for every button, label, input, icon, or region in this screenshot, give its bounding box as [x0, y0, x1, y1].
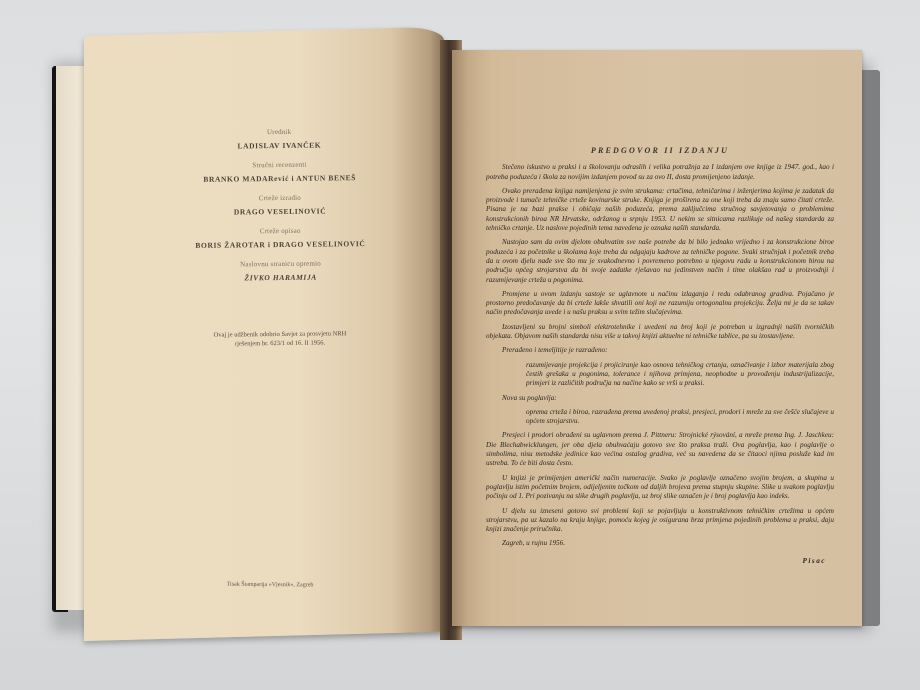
signature: Pisac — [486, 557, 826, 566]
new-chapters-text: oprema crteža i biroa, razrađena prema u… — [526, 408, 834, 427]
credit-role: Urednik — [149, 127, 409, 138]
new-chapters-label: Nova su poglavlja: — [502, 394, 834, 403]
paragraph: Nastojao sam da ovim djelom obuhvatim sv… — [486, 238, 834, 284]
paragraph: U knjizi je primijenjen američki način n… — [486, 474, 834, 502]
reworked-text: razumijevanje projekcija i projiciranje … — [526, 361, 834, 389]
credit-editor: Urednik LADISLAV IVANČEK — [149, 127, 409, 152]
preface-title: PREDGOVOR II IZDANJU — [486, 146, 834, 155]
credit-role: Naslovnu stranicu opremio — [151, 259, 411, 270]
credit-name: LADISLAV IVANČEK — [149, 140, 409, 152]
approval-note: Ovaj je udžbenik odobrio Savjet za prosv… — [170, 329, 390, 349]
credit-role: Crteže izradio — [150, 193, 410, 204]
printer-imprint: Tisak Štamparija »Vjesnik«, Zagreb — [205, 581, 335, 588]
credit-cover: Naslovnu stranicu opremio ŽIVKO HARAMIJA — [151, 259, 411, 284]
credits-block: Urednik LADISLAV IVANČEK Stručni recenze… — [149, 127, 411, 295]
credit-role: Crteže opisao — [150, 226, 410, 237]
place-date: Zagreb, u rujnu 1956. — [502, 539, 834, 548]
paragraph: U djelu su izneseni gotovo svi problemi … — [486, 507, 834, 535]
paragraph: Izostavljeni su brojni simboli elektrote… — [486, 323, 834, 342]
credit-role: Stručni recenzenti — [149, 160, 409, 171]
credit-name: DRAGO VESELINOVIĆ — [150, 206, 410, 218]
paragraph: Promjene u ovom izdanju sastoje se uglav… — [486, 290, 834, 318]
paragraph: Stečeno iskustvo u praksi i u školovanju… — [486, 163, 834, 182]
credit-reviewers: Stručni recenzenti BRANKO MADARević i AN… — [149, 160, 409, 185]
credit-name: BORIS ŽAROTAR i DRAGO VESELINOVIĆ — [150, 239, 410, 251]
paragraph: Ovako prerađena knjiga namijenjena je sv… — [486, 187, 834, 233]
credit-descriptions: Crteže opisao BORIS ŽAROTAR i DRAGO VESE… — [150, 226, 410, 251]
reworked-label: Prerađeno i temeljitije je razrađeno: — [502, 346, 834, 355]
credit-name: ŽIVKO HARAMIJA — [151, 272, 411, 284]
preface-text: PREDGOVOR II IZDANJU Stečeno iskustvo u … — [486, 146, 834, 566]
credit-drawings: Crteže izradio DRAGO VESELINOVIĆ — [150, 193, 410, 218]
credit-name: BRANKO MADARević i ANTUN BENEŠ — [150, 173, 410, 185]
paragraph: Presjeci i prodori obrađeni su uglavnom … — [486, 431, 834, 468]
